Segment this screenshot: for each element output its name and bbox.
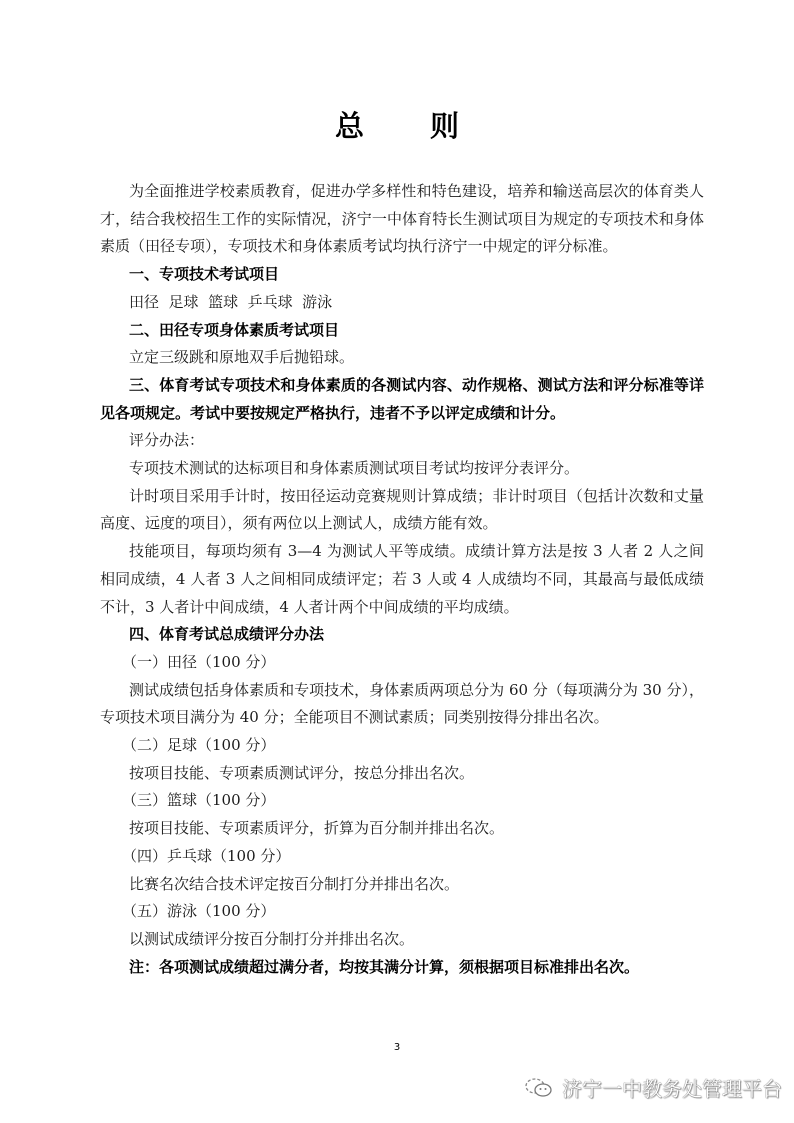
section-2-content: 立定三级跳和原地双手后抛铅球。 xyxy=(100,344,704,372)
item-track-content: 测试成绩包括身体素质和专项技术，身体素质两项总分为 60 分（每项满分为 30 … xyxy=(100,677,704,732)
item-basketball-label: （三）篮球（100 分） xyxy=(100,787,704,815)
document-page: 总 则 为全面推进学校素质教育，促进办学多样性和特色建设，培养和输送高层次的体育… xyxy=(0,0,794,1123)
scoring-paragraph-2: 计时项目采用手计时，按田径运动竞赛规则计算成绩；非计时项目（包括计次数和丈量高度… xyxy=(100,483,704,538)
page-title: 总 则 xyxy=(0,104,794,145)
intro-paragraph: 为全面推进学校素质教育，促进办学多样性和特色建设，培养和输送高层次的体育类人才，… xyxy=(100,178,704,261)
item-basketball-content: 按项目技能、专项素质评分，折算为百分制并排出名次。 xyxy=(100,815,704,843)
item-football-label: （二）足球（100 分） xyxy=(100,732,704,760)
scoring-paragraph-3: 技能项目，每项均须有 3—4 为测试人平等成绩。成绩计算方法是按 3 人者 2 … xyxy=(100,538,704,621)
item-swimming-content: 以测试成绩评分按百分制打分并排出名次。 xyxy=(100,926,704,954)
section-2-heading: 二、田径专项身体素质考试项目 xyxy=(100,317,704,345)
section-3-heading: 三、体育考试专项技术和身体素质的各测试内容、动作规格、测试方法和评分标准等详见各… xyxy=(100,372,704,427)
section-1-heading: 一、专项技术考试项目 xyxy=(100,261,704,289)
item-swimming-label: （五）游泳（100 分） xyxy=(100,898,704,926)
wechat-icon xyxy=(524,1077,554,1099)
document-body: 为全面推进学校素质教育，促进办学多样性和特色建设，培养和输送高层次的体育类人才，… xyxy=(100,178,704,981)
section-1-content: 田径 足球 篮球 乒乓球 游泳 xyxy=(100,289,704,317)
item-track-label: （一）田径（100 分） xyxy=(100,649,704,677)
scoring-paragraph-1: 专项技术测试的达标项目和身体素质测试项目考试均按评分表评分。 xyxy=(100,455,704,483)
item-pingpong-content: 比赛名次结合技术评定按百分制打分并排出名次。 xyxy=(100,871,704,899)
watermark: 济宁一中教务处管理平台 xyxy=(524,1073,782,1102)
scoring-label: 评分办法： xyxy=(100,427,704,455)
item-football-content: 按项目技能、专项素质测试评分，按总分排出名次。 xyxy=(100,760,704,788)
note: 注：各项测试成绩超过满分者，均按其满分计算，须根据项目标准排出名次。 xyxy=(100,954,704,982)
page-number: 3 xyxy=(0,1042,794,1053)
item-pingpong-label: （四）乒乓球（100 分） xyxy=(100,843,704,871)
section-4-heading: 四、体育考试总成绩评分办法 xyxy=(100,621,704,649)
watermark-text: 济宁一中教务处管理平台 xyxy=(562,1073,782,1102)
